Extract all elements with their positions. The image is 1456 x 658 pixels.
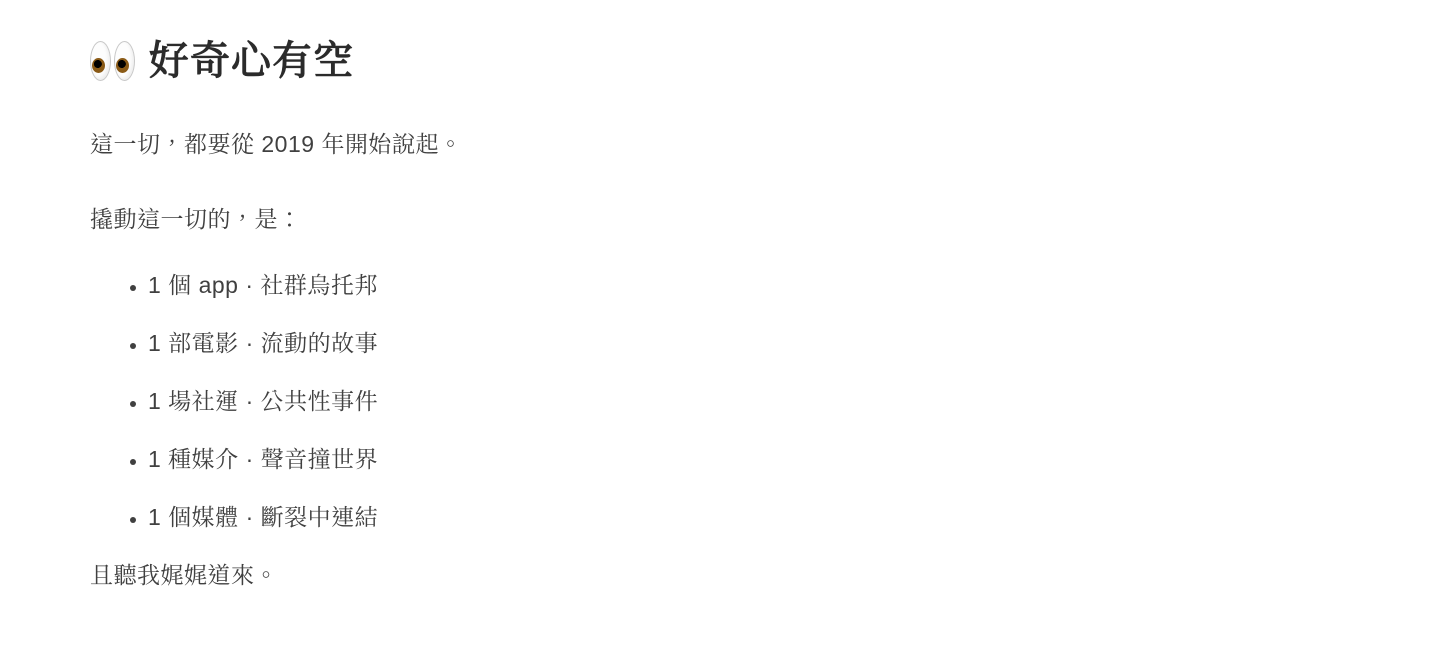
page-title-text: 好奇心有空: [149, 36, 354, 86]
list-item: 1 個 app · 社群烏托邦: [148, 270, 1456, 300]
page-title: 好奇心有空: [90, 36, 1456, 86]
list-item: 1 部電影 · 流動的故事: [148, 328, 1456, 358]
closing-paragraph: 且聽我娓娓道來。: [90, 560, 1456, 590]
lead-in-paragraph: 撬動這一切的，是：: [90, 204, 1456, 234]
eye-left-icon: [90, 41, 111, 81]
list-item: 1 種媒介 · 聲音撞世界: [148, 444, 1456, 474]
list-item: 1 場社運 · 公共性事件: [148, 386, 1456, 416]
point-list: 1 個 app · 社群烏托邦 1 部電影 · 流動的故事 1 場社運 · 公共…: [90, 270, 1456, 532]
article-body: 好奇心有空 這一切，都要從 2019 年開始說起。 撬動這一切的，是： 1 個 …: [0, 0, 1456, 590]
eye-right-icon: [114, 41, 135, 81]
list-item: 1 個媒體 · 斷裂中連結: [148, 502, 1456, 532]
eyes-emoji-icon: [90, 41, 135, 81]
intro-paragraph: 這一切，都要從 2019 年開始說起。: [90, 129, 1456, 159]
